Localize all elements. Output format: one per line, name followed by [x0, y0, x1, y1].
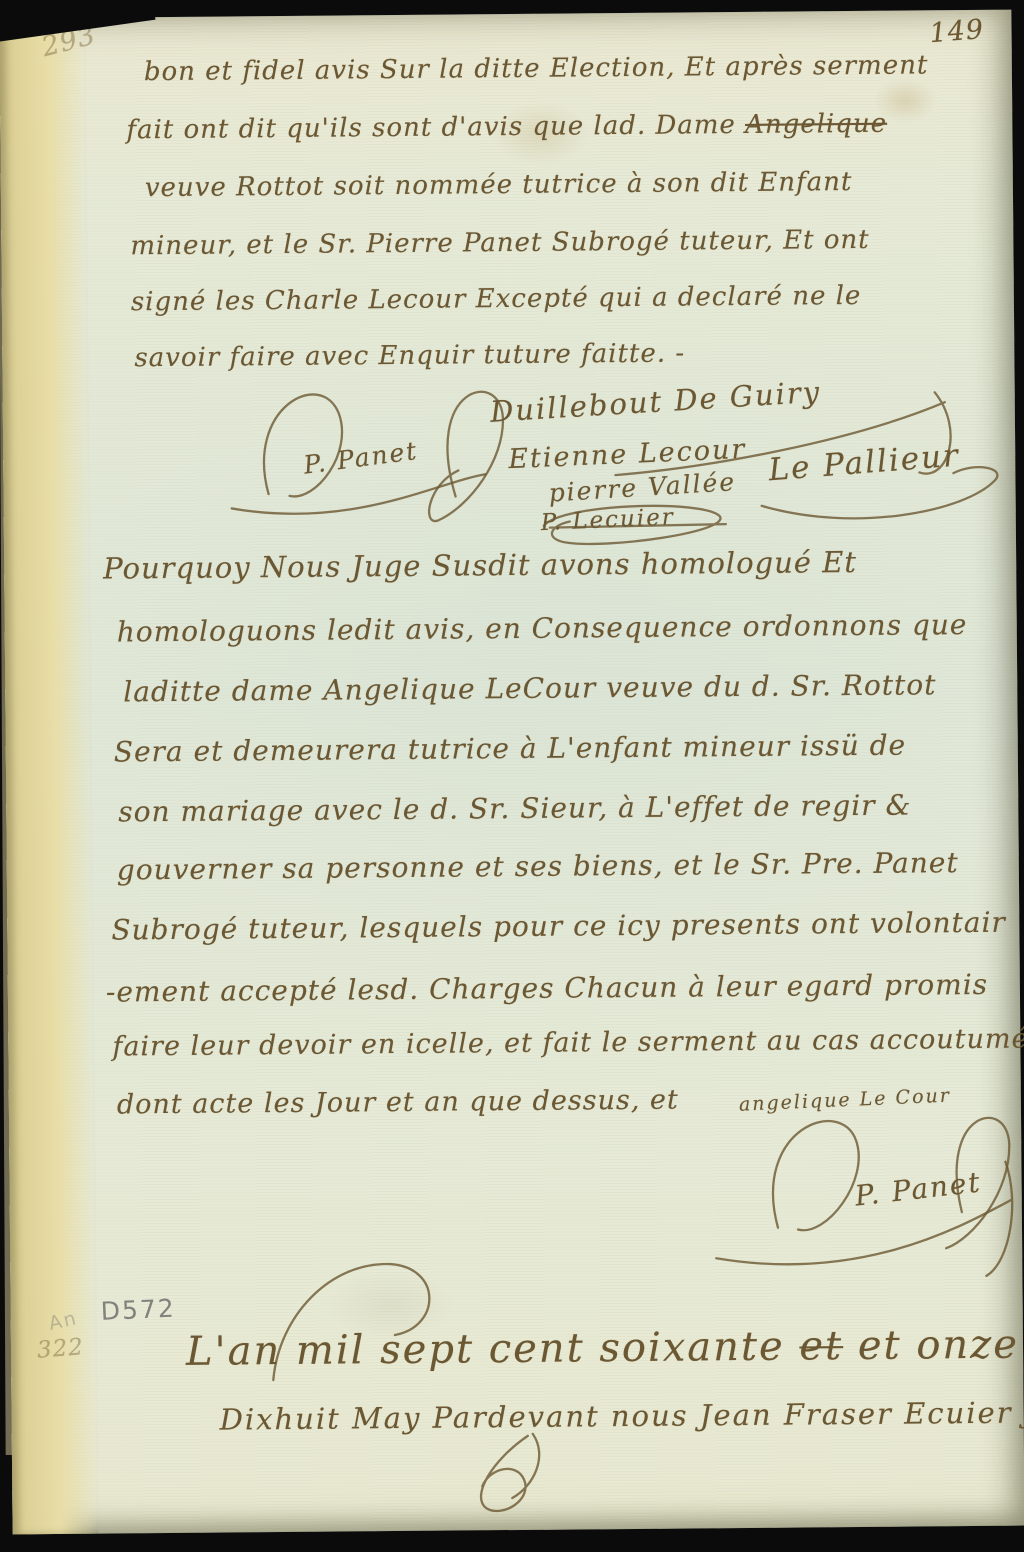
manuscript-photo: 293 149 bon et fidel avis Sur la ditte E… [0, 0, 1024, 1552]
signature-pierre-vallee: pierre Vallée [548, 467, 737, 507]
signature-angelique-lecour-inline: angelique Le Cour [738, 1084, 951, 1115]
manuscript-line: -ement accepté lesd. Charges Chacun à le… [106, 968, 988, 1009]
manuscript-line: Sera et demeurera tutrice à L'enfant min… [114, 729, 907, 769]
manuscript-line: dont acte les Jour et an que dessus, et [117, 1085, 679, 1121]
manuscript-line: mineur, et le Sr. Pierre Panet Subrogé t… [130, 225, 870, 261]
archive-reference-pencil: D572 [100, 1294, 176, 1326]
line-text: fait ont dit qu'ils sont d'avis que lad.… [126, 110, 745, 145]
signature-duillebout-de-guiry: Duillebout De Guiry [489, 375, 822, 429]
manuscript-line: fait ont dit qu'ils sont d'avis que lad.… [126, 109, 887, 146]
line-text: L'an mil sept cent soixante [186, 1324, 785, 1375]
struck-word: Angelique [745, 109, 887, 140]
manuscript-line: gouverner sa personne et ses biens, et l… [117, 846, 959, 886]
manuscript-line: son mariage avec le d. Sr. Sieur, à L'ef… [118, 789, 911, 829]
margin-number: 322 [36, 1334, 85, 1364]
folio-number-top-right: 149 [928, 14, 985, 49]
manuscript-line: veuve Rottot soit nommée tutrice à son d… [145, 167, 853, 203]
manuscript-line: Pourquoy Nous Juge Susdit avons homologu… [103, 545, 857, 586]
manuscript-line: faire leur devoir en icelle, et fait le … [112, 1024, 1024, 1063]
manuscript-line: Subrogé tuteur, lesquels pour ce icy pre… [111, 906, 1006, 947]
manuscript-line: bon et fidel avis Sur la ditte Election,… [144, 50, 929, 87]
signature-le-pallieur: Le Pallieur [767, 437, 961, 488]
manuscript-line: signé les Charle Lecour Excepté qui a de… [131, 281, 862, 317]
binding-edge [0, 18, 99, 1535]
struck-word: et [799, 1323, 843, 1369]
manuscript-line: savoir faire avec Enquir tuture faitte. … [134, 338, 685, 373]
bottom-paraph [480, 1434, 539, 1511]
signature-panet-left: P. Panet [302, 436, 420, 480]
manuscript-line: homologuons ledit avis, en Consequence o… [117, 608, 968, 648]
manuscript-line: laditte dame Angelique LeCour veuve du d… [123, 668, 936, 708]
line-text: et onze le [858, 1321, 1024, 1369]
signature-lecuier: P. Lecuier [540, 504, 675, 536]
signature-panet-right: P. Panet [853, 1165, 983, 1212]
manuscript-page: 293 149 bon et fidel avis Sur la ditte E… [0, 10, 1024, 1535]
closing-line-2: Dixhuit May Pardevant nous Jean Fraser E… [219, 1395, 1024, 1437]
panet-paraph-left-sweep [231, 474, 485, 514]
closing-line-1: L'an mil sept cent soixante et et onze l… [186, 1321, 1024, 1375]
